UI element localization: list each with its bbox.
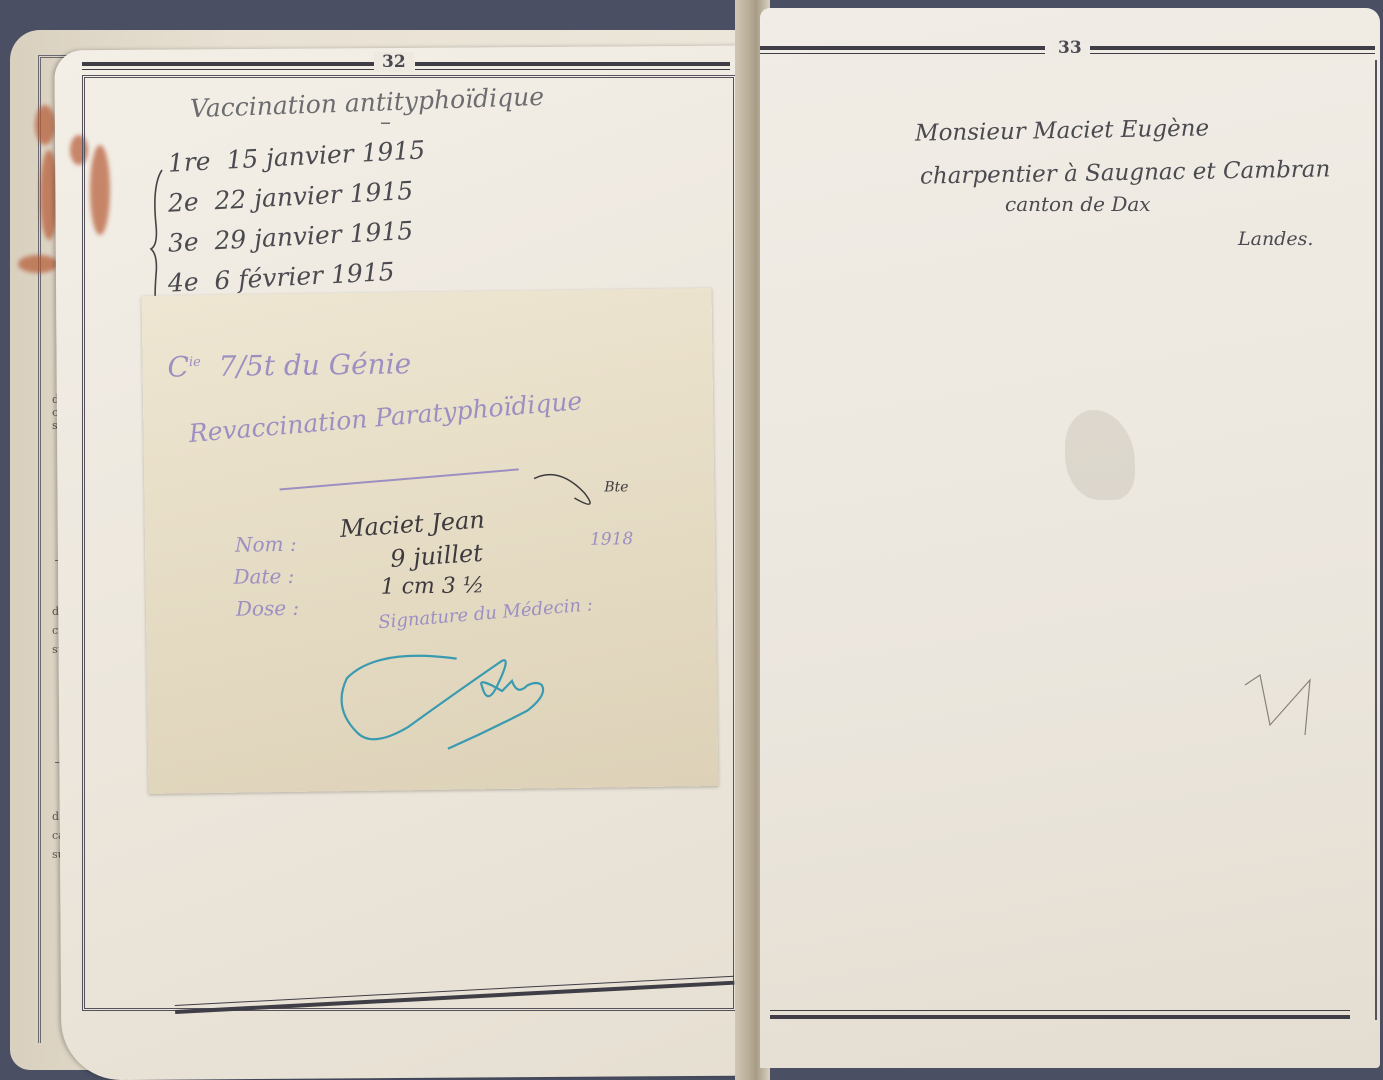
field-value-nom: Maciet Jean: [339, 505, 486, 543]
field-value-date: 9 juillet: [389, 539, 483, 573]
field-value-year: 1918: [590, 529, 634, 550]
doctor-signature: [336, 635, 588, 758]
page-number: 32: [374, 52, 414, 72]
title-dash: –: [380, 110, 391, 135]
field-value-dose: 1 cm 3 ½: [380, 573, 484, 599]
paper-tear: [1240, 665, 1320, 755]
unit-stamp: Cie 7/5t du Génie: [167, 347, 411, 383]
page-number: 33: [1050, 38, 1090, 58]
revaccination-heading-stamp: Revaccination Paratyphoïdique: [188, 386, 584, 448]
field-label-dose: Dose :: [236, 596, 300, 621]
rust-stain: [35, 105, 55, 145]
rust-stain: [18, 255, 58, 273]
field-label-nom: Nom :: [235, 532, 297, 557]
address-line: Monsieur Maciet Eugène: [915, 115, 1210, 146]
field-label-date: Date :: [233, 564, 294, 589]
address-line: canton de Dax: [1005, 192, 1151, 216]
address-line: Landes.: [1238, 228, 1313, 250]
vaccination-list: 1re 15 janvier 1915 2e 22 janvier 1915 3…: [168, 142, 426, 302]
stamp-underline: [279, 468, 518, 490]
signature-label: Signature du Médecin :: [378, 594, 594, 633]
revaccination-ticket: Cie 7/5t du Génie Revaccination Paratyph…: [142, 288, 719, 794]
